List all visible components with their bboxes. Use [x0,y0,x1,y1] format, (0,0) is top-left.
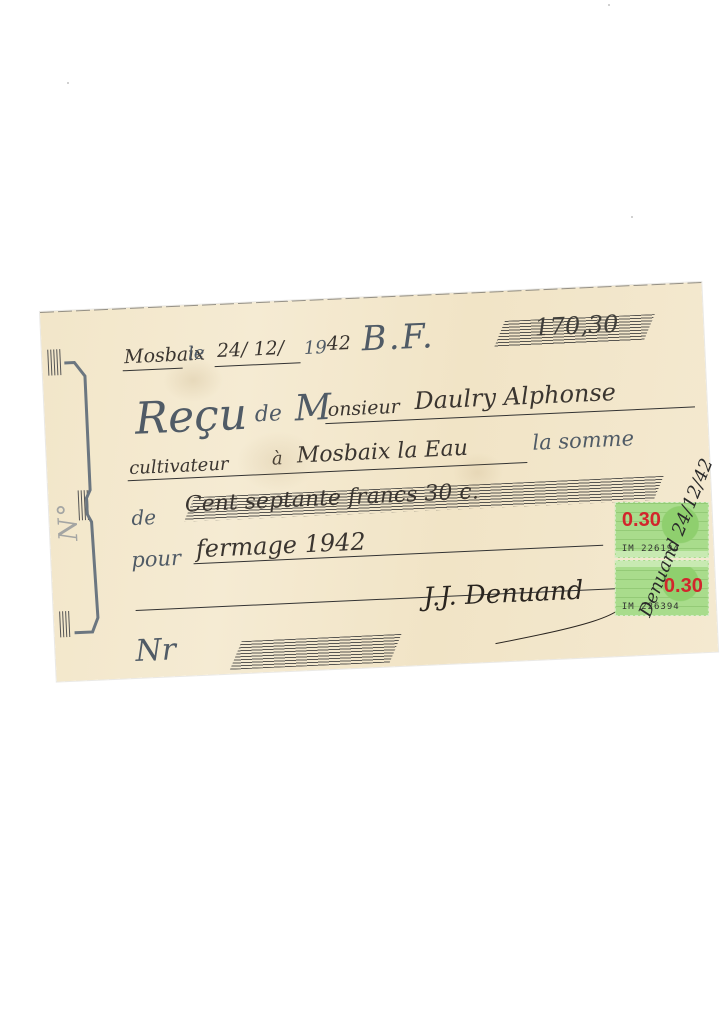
scan-speck [631,216,633,218]
year-written: 42 [326,332,351,355]
stamp-value: 0.30 [622,509,661,532]
pour-label: pour [131,546,182,572]
number-box [230,634,402,670]
printed-de-label: de [254,401,282,427]
signature-flourish [483,585,636,652]
year-printed: 19 [303,337,327,359]
counterfoil-number-label: N° [49,430,84,541]
salutation-rest: onsieur [327,396,400,421]
location-prefix: à [271,448,283,469]
receipt-heading: Reçu [134,389,248,445]
date-day-month: 24/ 12/ [216,337,284,362]
amount-figures-box: 170,30 [494,314,655,347]
payer-name: Daulry Alphonse [414,378,617,415]
scan-speck [67,82,69,84]
number-label: Nr [135,632,177,669]
date-prefix-label: le [188,343,205,365]
payer-location: Mosbaix la Eau [296,436,468,469]
amount-figures: 170,30 [501,308,652,343]
de-label: de [131,505,157,530]
scan-speck [608,4,610,6]
perforated-edge [40,282,701,313]
place-underline [123,368,183,372]
currency-code: B.F. [361,316,436,359]
date-underline [215,362,301,367]
receipt-document: N° Mosbaix le 24/ 12/ 19 42 B.F. 170,30 … [40,282,718,682]
fiscal-stamps: 0.30 IM 226194 0.30 IM 226394 Denuand 24… [615,502,709,618]
la-somme-label: la somme [532,426,635,455]
purpose: fermage 1942 [195,527,366,563]
